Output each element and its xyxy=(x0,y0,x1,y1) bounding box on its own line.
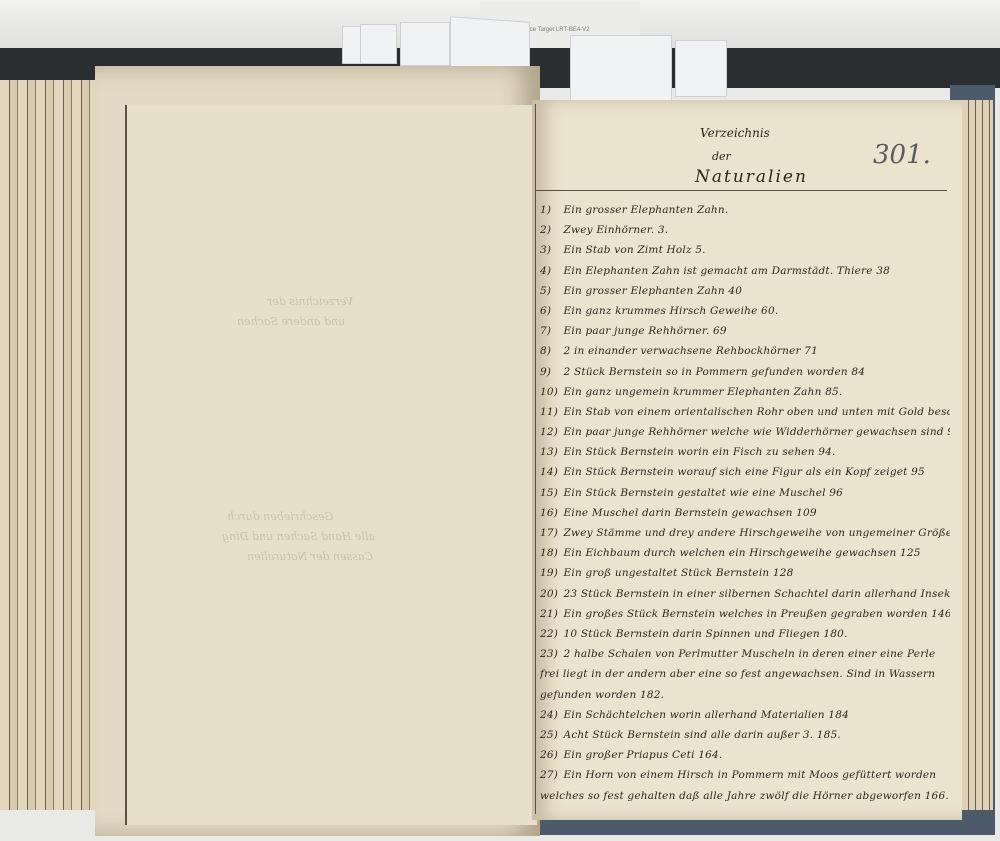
list-item: 9) 2 Stück Bernstein so in Pommern gefun… xyxy=(540,362,950,382)
list-item: 16) Eine Muschel darin Bernstein gewachs… xyxy=(540,503,950,523)
margin-rule xyxy=(535,104,536,814)
list-item: 11) Ein Stab von einem orientalischen Ro… xyxy=(540,402,950,422)
list-item: 14) Ein Stück Bernstein worauf sich eine… xyxy=(540,462,950,482)
list-item: 8) 2 in einander verwachsene Rehbockhörn… xyxy=(540,341,950,361)
left-page-sheet: Verzeichnis der und andere Sachen Geschr… xyxy=(125,105,537,825)
list-item: 5) Ein grosser Elephanten Zahn 40 xyxy=(540,281,950,301)
list-item: 19) Ein groß ungestaltet Stück Bernstein… xyxy=(540,563,950,583)
list-item: 12) Ein paar junge Rehhörner welche wie … xyxy=(540,422,950,442)
heading-line-1: Verzeichnis xyxy=(700,126,770,140)
list-item: 23) 2 halbe Schalen von Perlmutter Musch… xyxy=(540,644,950,705)
list-item: 22) 10 Stück Bernstein darin Spinnen und… xyxy=(540,624,950,644)
show-through-text: alle Hand Sachen und Ding xyxy=(222,530,375,543)
list-item: 10) Ein ganz ungemein krummer Elephanten… xyxy=(540,382,950,402)
show-through-text: und andere Sachen xyxy=(237,315,345,328)
list-item: 17) Zwey Stämme und drey andere Hirschge… xyxy=(540,523,950,543)
show-through-text: Verzeichnis der xyxy=(267,295,353,308)
heading-line-2: der xyxy=(712,150,731,163)
list-item: 2) Zwey Einhörner. 3. xyxy=(540,220,950,240)
bookmark-tab xyxy=(400,22,450,66)
folio-number: 301. xyxy=(873,140,931,170)
list-item: 1) Ein grosser Elephanten Zahn. xyxy=(540,200,950,220)
list-item: 4) Ein Elephanten Zahn ist gemacht am Da… xyxy=(540,261,950,281)
list-item: 20) 23 Stück Bernstein in einer silberne… xyxy=(540,584,950,604)
bookmark-tab xyxy=(360,24,397,64)
show-through-text: Geschrieben durch xyxy=(227,510,333,523)
list-item: 3) Ein Stab von Zimt Holz 5. xyxy=(540,240,950,260)
bookmark-tab xyxy=(675,40,727,97)
list-item: 6) Ein ganz krummes Hirsch Geweihe 60. xyxy=(540,301,950,321)
list-item: 26) Ein großer Priapus Ceti 164. xyxy=(540,745,950,765)
list-item: 25) Acht Stück Bernstein sind alle darin… xyxy=(540,725,950,745)
page-heading: Naturalien xyxy=(695,167,808,187)
list-item: 27) Ein Horn von einem Hirsch in Pommern… xyxy=(540,765,950,805)
inventory-list: 1) Ein grosser Elephanten Zahn. 2) Zwey … xyxy=(540,200,950,806)
list-item: 21) Ein großes Stück Bernstein welches i… xyxy=(540,604,950,624)
header-rule xyxy=(535,190,947,191)
list-item: 24) Ein Schächtelchen worin allerhand Ma… xyxy=(540,705,950,725)
list-item: 18) Ein Eichbaum durch welchen ein Hirsc… xyxy=(540,543,950,563)
list-item: 13) Ein Stück Bernstein worin ein Fisch … xyxy=(540,442,950,462)
list-item: 15) Ein Stück Bernstein gestaltet wie ei… xyxy=(540,483,950,503)
bookmark-tab xyxy=(570,35,672,101)
show-through-text: Cassen der Naturalien xyxy=(247,550,373,563)
list-item: 7) Ein paar junge Rehhörner. 69 xyxy=(540,321,950,341)
